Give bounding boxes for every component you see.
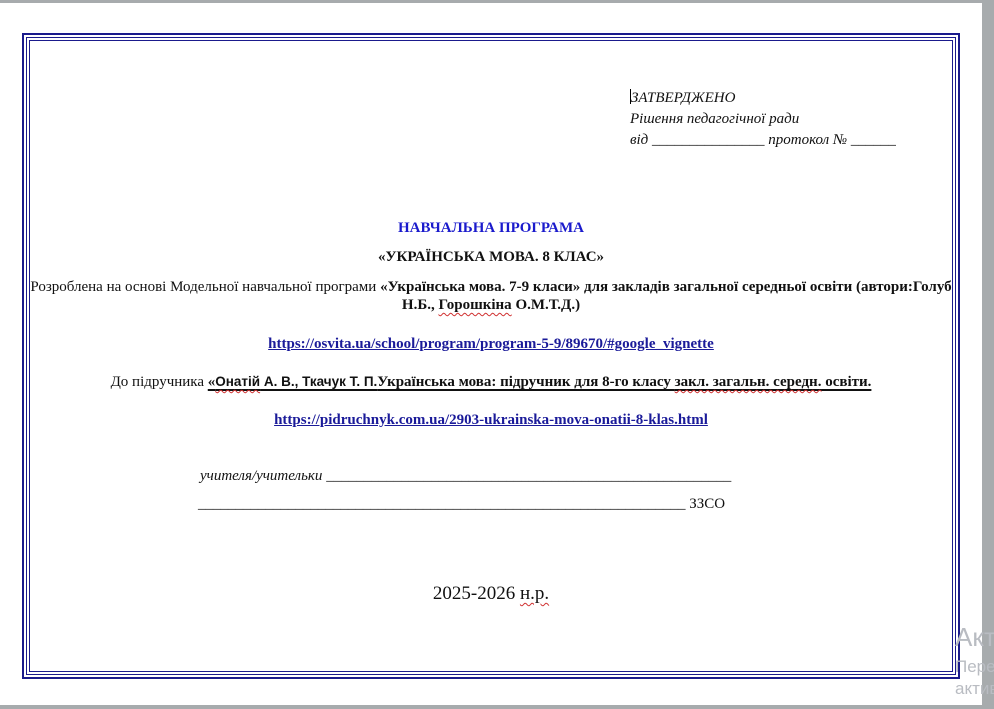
approval-council: Рішення педагогічної ради — [630, 109, 896, 130]
approval-date-protocol: від _______________ протокол № ______ — [630, 130, 896, 151]
textbook-line: До підручника «Онатій А. В., Ткачук Т. П… — [30, 374, 952, 391]
spellcheck-word: Горошкіна — [439, 297, 512, 313]
program-link[interactable]: https://osvita.ua/school/program/program… — [268, 336, 714, 352]
protocol-number-blank: ______ — [851, 132, 896, 148]
teacher-line: учителя/учительки ______________________… — [200, 468, 731, 485]
windows-activation-watermark: Активація Windows Перейдіть до розділу «… — [955, 622, 994, 700]
school-line: ________________________________________… — [198, 496, 725, 513]
spellcheck-word: н.р. — [520, 583, 549, 604]
academic-year: 2025-2026 н.р. — [30, 583, 952, 605]
textbook-reference: «Онатій А. В., Ткачук Т. П.Українська мо… — [208, 374, 872, 390]
textbook-link[interactable]: https://pidruchnyk.com.ua/2903-ukrainska… — [274, 412, 708, 428]
approval-heading[interactable]: ЗАТВЕРДЖЕНО — [630, 88, 896, 109]
program-title: НАВЧАЛЬНА ПРОГРАМА — [30, 220, 952, 237]
textbook-link-line: https://pidruchnyk.com.ua/2903-ukrainska… — [30, 411, 952, 429]
program-basis: Розроблена на основі Модельної навчально… — [30, 278, 952, 314]
spellcheck-phrase: закл. загальн. середн. — [675, 374, 822, 390]
teacher-name-blank: ________________________________________… — [326, 468, 731, 484]
document-page: ЗАТВЕРДЖЕНО Рішення педагогічної ради ві… — [0, 3, 982, 705]
program-link-line: https://osvita.ua/school/program/program… — [30, 335, 952, 353]
date-blank: _______________ — [652, 132, 765, 148]
school-name-blank: ________________________________________… — [198, 496, 686, 512]
spellcheck-word: Онатій — [215, 374, 260, 389]
approval-block: ЗАТВЕРДЖЕНО Рішення педагогічної ради ві… — [630, 88, 896, 151]
program-subtitle: «УКРАЇНСЬКА МОВА. 8 КЛАС» — [30, 249, 952, 266]
